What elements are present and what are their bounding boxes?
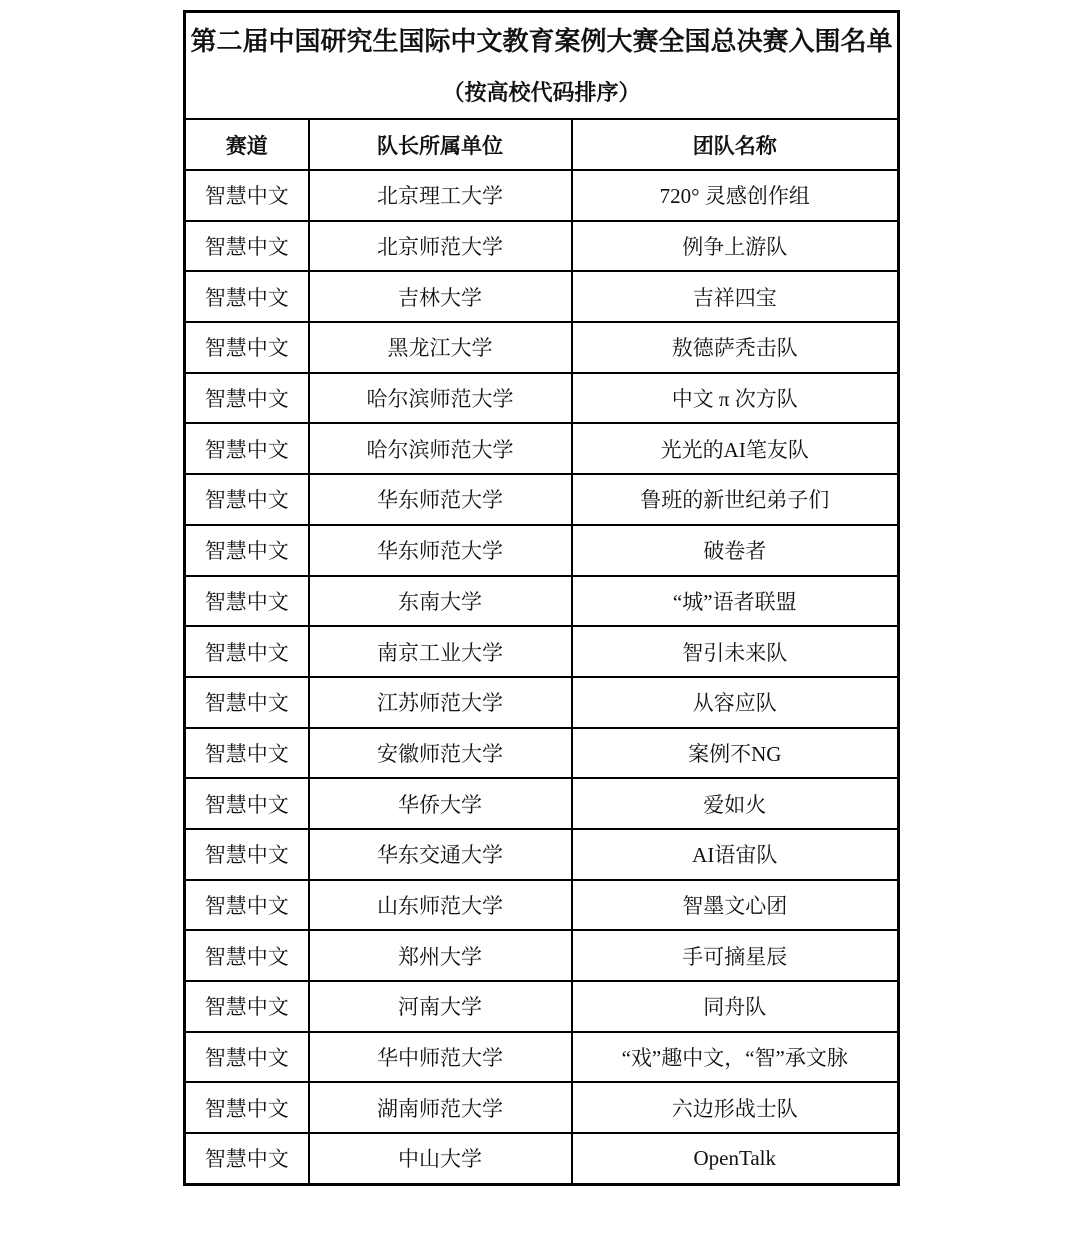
cell-unit: 华东交通大学 [309,829,572,880]
table-row: 智慧中文 湖南师范大学 六边形战士队 [185,1082,899,1133]
cell-team: 破卷者 [572,525,899,576]
cell-unit: 哈尔滨师范大学 [309,373,572,424]
cell-unit: 山东师范大学 [309,880,572,931]
cell-unit: 江苏师范大学 [309,677,572,728]
cell-team: “城”语者联盟 [572,576,899,627]
cell-track: 智慧中文 [185,525,309,576]
table-header-row: 赛道 队长所属单位 团队名称 [185,119,899,170]
table-row: 智慧中文 郑州大学 手可摘星辰 [185,930,899,981]
header-cell-unit: 队长所属单位 [309,119,572,170]
cell-team: 智引未来队 [572,626,899,677]
cell-track: 智慧中文 [185,271,309,322]
cell-team: 手可摘星辰 [572,930,899,981]
table-row: 智慧中文 安徽师范大学 案例不NG [185,728,899,779]
cell-unit: 东南大学 [309,576,572,627]
cell-unit: 吉林大学 [309,271,572,322]
cell-team: AI语宙队 [572,829,899,880]
table-row: 智慧中文 北京理工大学 720° 灵感创作组 [185,170,899,221]
cell-team: 敖德萨秃击队 [572,322,899,373]
cell-track: 智慧中文 [185,1133,309,1184]
cell-team: 智墨文心团 [572,880,899,931]
cell-team: 720° 灵感创作组 [572,170,899,221]
table-row: 智慧中文 哈尔滨师范大学 中文 π 次方队 [185,373,899,424]
cell-track: 智慧中文 [185,373,309,424]
table-row: 智慧中文 北京师范大学 例争上游队 [185,221,899,272]
cell-unit: 华东师范大学 [309,525,572,576]
cell-unit: 郑州大学 [309,930,572,981]
cell-team: 吉祥四宝 [572,271,899,322]
cell-track: 智慧中文 [185,829,309,880]
cell-track: 智慧中文 [185,474,309,525]
cell-unit: 南京工业大学 [309,626,572,677]
cell-team: 爱如火 [572,778,899,829]
cell-team: “戏”趣中文，“智”承文脉 [572,1032,899,1083]
title-row: 第二届中国研究生国际中文教育案例大赛全国总决赛入围名单 （按高校代码排序） [185,12,899,120]
table-row: 智慧中文 南京工业大学 智引未来队 [185,626,899,677]
cell-team: 从容应队 [572,677,899,728]
cell-unit: 中山大学 [309,1133,572,1184]
table-row: 智慧中文 华东师范大学 鲁班的新世纪弟子们 [185,474,899,525]
cell-track: 智慧中文 [185,322,309,373]
table-row: 智慧中文 华中师范大学 “戏”趣中文，“智”承文脉 [185,1032,899,1083]
cell-track: 智慧中文 [185,1032,309,1083]
cell-track: 智慧中文 [185,728,309,779]
cell-track: 智慧中文 [185,1082,309,1133]
cell-track: 智慧中文 [185,626,309,677]
cell-unit: 安徽师范大学 [309,728,572,779]
cell-unit: 北京理工大学 [309,170,572,221]
table-row: 智慧中文 东南大学 “城”语者联盟 [185,576,899,627]
header-cell-track: 赛道 [185,119,309,170]
cell-unit: 哈尔滨师范大学 [309,423,572,474]
header-cell-team: 团队名称 [572,119,899,170]
document-page: 第二届中国研究生国际中文教育案例大赛全国总决赛入围名单 （按高校代码排序） 赛道… [0,0,1080,1242]
cell-unit: 湖南师范大学 [309,1082,572,1133]
cell-team: 案例不NG [572,728,899,779]
cell-team: 六边形战士队 [572,1082,899,1133]
cell-unit: 北京师范大学 [309,221,572,272]
cell-team: 鲁班的新世纪弟子们 [572,474,899,525]
cell-track: 智慧中文 [185,778,309,829]
table-row: 智慧中文 华侨大学 爱如火 [185,778,899,829]
cell-team: 同舟队 [572,981,899,1032]
table-row: 智慧中文 哈尔滨师范大学 光光的AI笔友队 [185,423,899,474]
cell-unit: 华中师范大学 [309,1032,572,1083]
table-row: 智慧中文 华东师范大学 破卷者 [185,525,899,576]
cell-team: 例争上游队 [572,221,899,272]
cell-unit: 黑龙江大学 [309,322,572,373]
table-row: 智慧中文 江苏师范大学 从容应队 [185,677,899,728]
table-row: 智慧中文 吉林大学 吉祥四宝 [185,271,899,322]
table-row: 智慧中文 华东交通大学 AI语宙队 [185,829,899,880]
table-row: 智慧中文 黑龙江大学 敖德萨秃击队 [185,322,899,373]
cell-track: 智慧中文 [185,981,309,1032]
document-title: 第二届中国研究生国际中文教育案例大赛全国总决赛入围名单 [190,28,892,57]
cell-track: 智慧中文 [185,930,309,981]
title-cell: 第二届中国研究生国际中文教育案例大赛全国总决赛入围名单 （按高校代码排序） [185,12,899,120]
cell-team: 中文 π 次方队 [572,373,899,424]
cell-track: 智慧中文 [185,170,309,221]
cell-unit: 河南大学 [309,981,572,1032]
table-row: 智慧中文 河南大学 同舟队 [185,981,899,1032]
cell-track: 智慧中文 [185,677,309,728]
cell-track: 智慧中文 [185,880,309,931]
cell-track: 智慧中文 [185,576,309,627]
cell-team: 光光的AI笔友队 [572,423,899,474]
document-subtitle: （按高校代码排序） [442,81,640,105]
cell-track: 智慧中文 [185,423,309,474]
cell-team: OpenTalk [572,1133,899,1184]
table-row: 智慧中文 中山大学 OpenTalk [185,1133,899,1184]
cell-unit: 华侨大学 [309,778,572,829]
cell-track: 智慧中文 [185,221,309,272]
finalist-table: 第二届中国研究生国际中文教育案例大赛全国总决赛入围名单 （按高校代码排序） 赛道… [183,10,900,1186]
cell-unit: 华东师范大学 [309,474,572,525]
table-row: 智慧中文 山东师范大学 智墨文心团 [185,880,899,931]
